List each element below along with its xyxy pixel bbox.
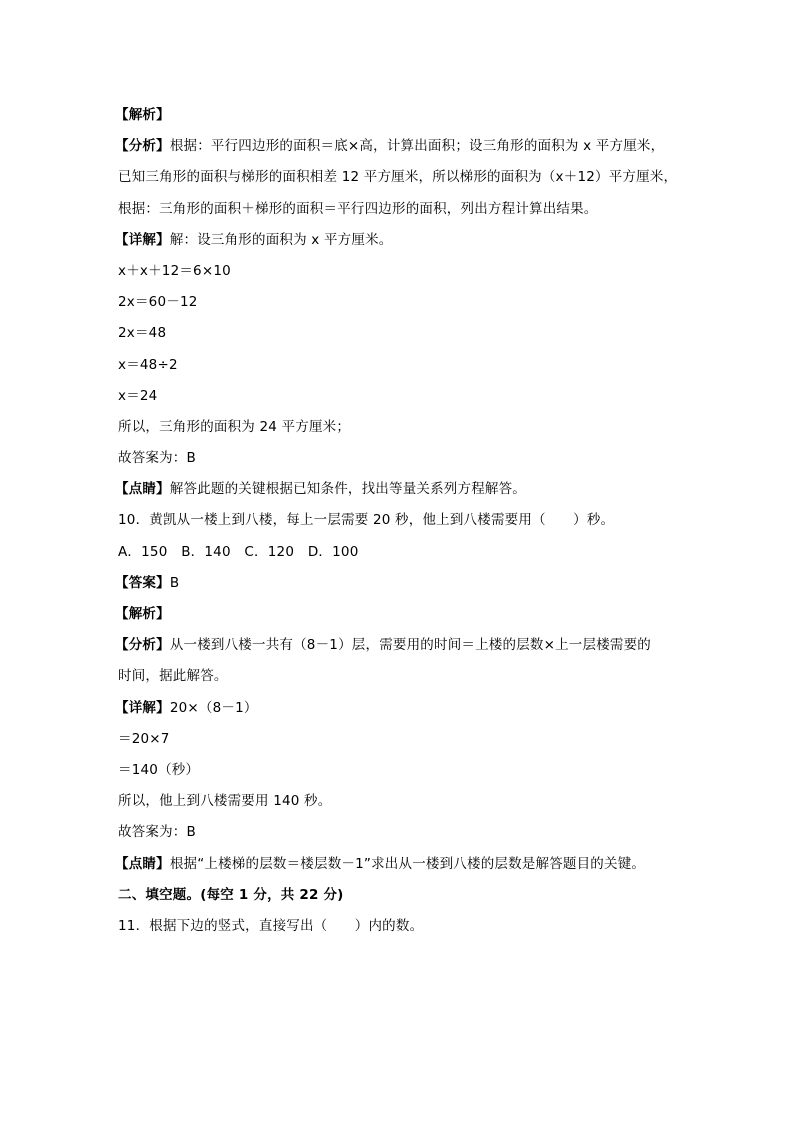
q9-step-2: 2x＝60－12 — [118, 287, 688, 318]
q9-step-3: 2x＝48 — [118, 318, 688, 349]
q10-analysis-line-1: 【分析】从一楼到八楼一共有（8－1）层，需要用的时间＝上楼的层数×上一层楼需要的 — [118, 630, 688, 661]
document-page: 【解析】 【分析】根据：平行四边形的面积＝底×高，计算出面积；设三角形的面积为 … — [118, 100, 688, 942]
q10-detail-first: 【详解】20×（8－1） — [118, 693, 688, 724]
q11-question: 11．根据下边的竖式，直接写出（ ）内的数。 — [118, 911, 688, 942]
q10-analysis-header: 【解析】 — [118, 599, 688, 630]
q10-step-2: ＝140（秒） — [118, 755, 688, 786]
q10-step-1: ＝20×7 — [118, 724, 688, 755]
q10-question: 10．黄凯从一楼上到八楼，每上一层需要 20 秒，他上到八楼需要用（ ）秒。 — [118, 505, 688, 536]
section-title: 二、填空题。(每空 1 分，共 22 分) — [118, 880, 688, 911]
comment-tag: 【点睛】 — [115, 856, 170, 872]
q10-final-answer: 故答案为：B — [118, 817, 688, 848]
analysis-tag: 【分析】 — [115, 637, 170, 653]
q9-step-5: x＝24 — [118, 381, 688, 412]
answer-tag: 【答案】 — [115, 575, 170, 591]
q10-options: A．150 B．140 C．120 D．100 — [118, 537, 688, 568]
q10-conclusion: 所以，他上到八楼需要用 140 秒。 — [118, 786, 688, 817]
q9-analysis-header: 【解析】 — [118, 100, 688, 131]
q10-analysis-line-2: 时间，据此解答。 — [118, 661, 688, 692]
q10-answer: 【答案】B — [118, 568, 688, 599]
analysis-tag: 【分析】 — [115, 138, 170, 154]
q9-answer: 故答案为：B — [118, 443, 688, 474]
detail-tag: 【详解】 — [115, 700, 170, 716]
q9-conclusion: 所以，三角形的面积为 24 平方厘米； — [118, 412, 688, 443]
detail-tag: 【详解】 — [115, 232, 170, 248]
q9-step-1: x＋x＋12＝6×10 — [118, 256, 688, 287]
q9-analysis-line-1: 【分析】根据：平行四边形的面积＝底×高，计算出面积；设三角形的面积为 x 平方厘… — [118, 131, 688, 162]
q9-comment: 【点睛】解答此题的关键根据已知条件，找出等量关系列方程解答。 — [118, 474, 688, 505]
q9-detail-first: 【详解】解：设三角形的面积为 x 平方厘米。 — [118, 225, 688, 256]
comment-tag: 【点睛】 — [115, 481, 170, 497]
q9-analysis-line-3: 根据：三角形的面积＋梯形的面积＝平行四边形的面积，列出方程计算出结果。 — [118, 194, 688, 225]
q9-step-4: x＝48÷2 — [118, 350, 688, 381]
q9-analysis-line-2: 已知三角形的面积与梯形的面积相差 12 平方厘米，所以梯形的面积为（x＋12）平… — [118, 162, 688, 193]
q10-comment: 【点睛】根据“上楼梯的层数＝楼层数－1”求出从一楼到八楼的层数是解答题目的关键。 — [118, 849, 688, 880]
